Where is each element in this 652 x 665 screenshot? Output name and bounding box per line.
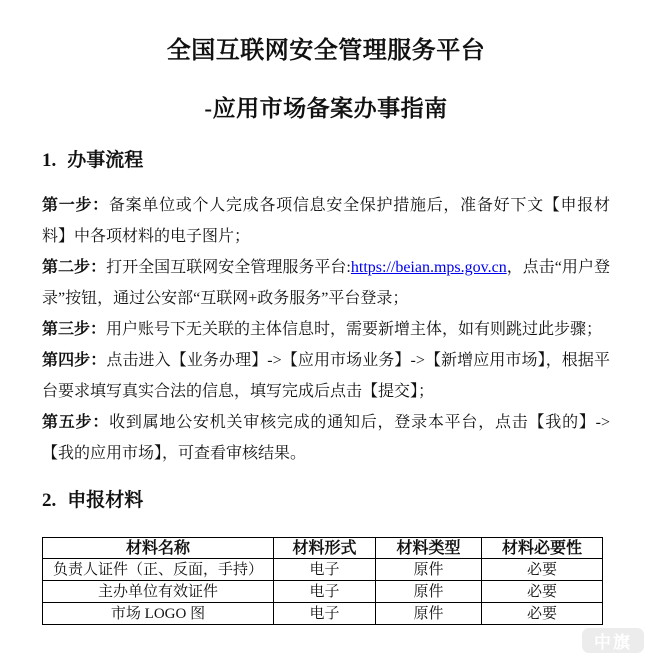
col-header-material-necessity: 材料必要性	[482, 538, 603, 559]
section-heading-process: 1.办事流程	[42, 148, 610, 174]
cell-material-type: 原件	[376, 603, 482, 625]
cell-material-necessity: 必要	[482, 559, 603, 581]
step-2: 第二步：打开全国互联网安全管理服务平台:https://beian.mps.go…	[42, 252, 610, 314]
cell-material-name: 市场 LOGO 图	[43, 603, 274, 625]
cell-material-necessity: 必要	[482, 603, 603, 625]
step-4-text: 点击进入【业务办理】->【应用市场业务】->【新增应用市场】，根据平台要求填写真…	[42, 352, 610, 400]
document-title: 全国互联网安全管理服务平台	[0, 36, 652, 66]
step-3-text: 用户账号下无关联的主体信息时，需要新增主体，如有则跳过此步骤；	[106, 321, 602, 338]
step-2-label: 第二步：	[42, 259, 106, 276]
step-3-label: 第三步：	[42, 321, 106, 338]
cell-material-form: 电子	[274, 581, 376, 603]
step-4: 第四步：点击进入【业务办理】->【应用市场业务】->【新增应用市场】，根据平台要…	[42, 345, 610, 407]
cell-material-type: 原件	[376, 581, 482, 603]
document-subtitle: -应用市场备案办事指南	[0, 94, 652, 124]
table-row: 负责人证件（正、反面，手持） 电子 原件 必要	[43, 559, 603, 581]
step-1-label: 第一步：	[42, 197, 109, 214]
section-title: 办事流程	[67, 150, 143, 171]
table-row: 市场 LOGO 图 电子 原件 必要	[43, 603, 603, 625]
step-1-text: 备案单位或个人完成各项信息安全保护措施后，准备好下文【申报材料】中各项材料的电子…	[42, 197, 610, 245]
step-3: 第三步：用户账号下无关联的主体信息时，需要新增主体，如有则跳过此步骤；	[42, 314, 610, 345]
cell-material-form: 电子	[274, 603, 376, 625]
section-title: 申报材料	[67, 490, 143, 511]
cell-material-type: 原件	[376, 559, 482, 581]
process-steps: 第一步：备案单位或个人完成各项信息安全保护措施后，准备好下文【申报材料】中各项材…	[42, 190, 610, 469]
cell-material-name: 负责人证件（正、反面，手持）	[43, 559, 274, 581]
section-number: 2.	[42, 488, 56, 514]
col-header-material-type: 材料类型	[376, 538, 482, 559]
document-page: 全国互联网安全管理服务平台 -应用市场备案办事指南 1.办事流程 第一步：备案单…	[0, 0, 652, 665]
step-1: 第一步：备案单位或个人完成各项信息安全保护措施后，准备好下文【申报材料】中各项材…	[42, 190, 610, 252]
step-5-text: 收到属地公安机关审核完成的通知后，登录本平台，点击【我的】->【我的应用市场】，…	[42, 414, 610, 462]
beian-platform-link[interactable]: https://beian.mps.gov.cn	[351, 259, 507, 276]
section-heading-materials: 2.申报材料	[42, 488, 610, 514]
watermark-text: 中旗	[594, 628, 632, 653]
table-header-row: 材料名称 材料形式 材料类型 材料必要性	[43, 538, 603, 559]
section-number: 1.	[42, 148, 56, 174]
step-4-label: 第四步：	[42, 352, 106, 369]
cell-material-name: 主办单位有效证件	[43, 581, 274, 603]
step-5-label: 第五步：	[42, 414, 109, 431]
step-5: 第五步：收到属地公安机关审核完成的通知后，登录本平台，点击【我的】->【我的应用…	[42, 407, 610, 469]
watermark-badge: 中旗	[582, 628, 644, 653]
col-header-material-form: 材料形式	[274, 538, 376, 559]
cell-material-necessity: 必要	[482, 581, 603, 603]
table-row: 主办单位有效证件 电子 原件 必要	[43, 581, 603, 603]
cell-material-form: 电子	[274, 559, 376, 581]
step-2-text-before: 打开全国互联网安全管理服务平台:	[106, 259, 351, 276]
col-header-material-name: 材料名称	[43, 538, 274, 559]
materials-table: 材料名称 材料形式 材料类型 材料必要性 负责人证件（正、反面，手持） 电子 原…	[42, 537, 603, 625]
